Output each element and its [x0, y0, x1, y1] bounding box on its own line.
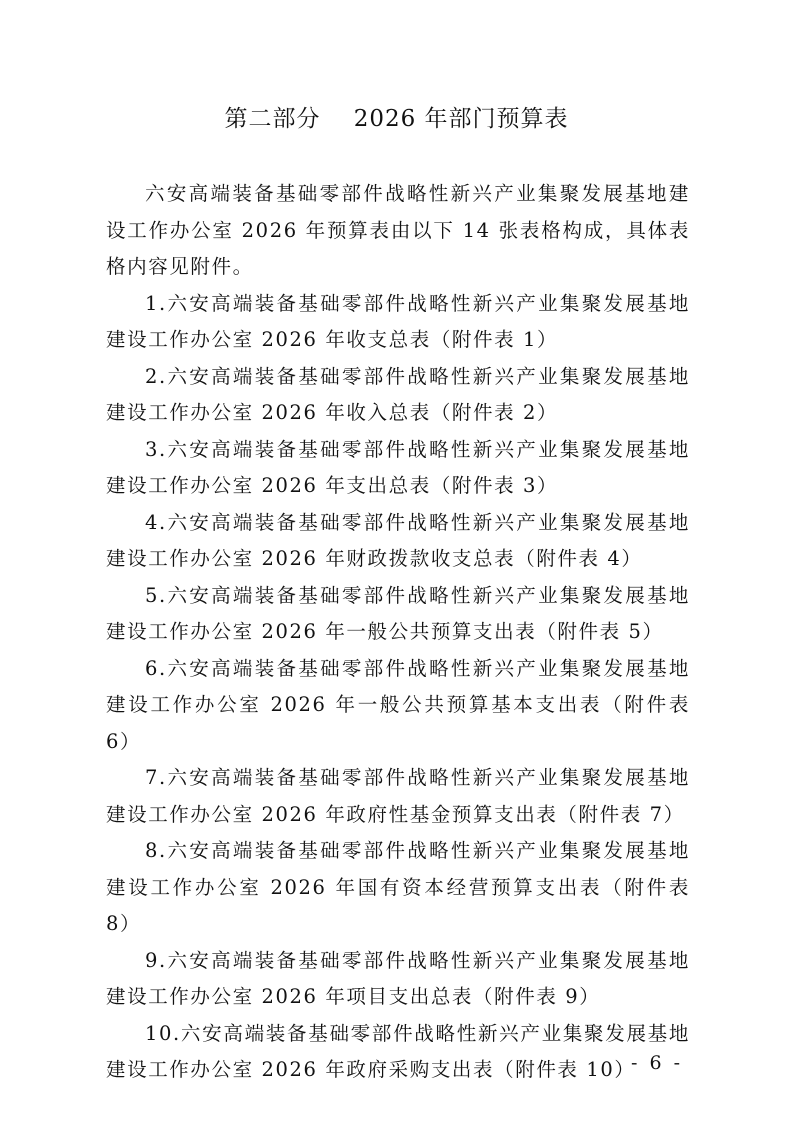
list-item: 8.六安高端装备基础零部件战略性新兴产业集聚发展基地建设工作办公室 2026 年…: [106, 833, 690, 943]
list-item: 5.六安高端装备基础零部件战略性新兴产业集聚发展基地建设工作办公室 2026 年…: [106, 578, 690, 651]
list-item: 1.六安高端装备基础零部件战略性新兴产业集聚发展基地建设工作办公室 2026 年…: [106, 286, 690, 359]
document-page: 第二部分 2026 年部门预算表 六安高端装备基础零部件战略性新兴产业集聚发展基…: [0, 0, 793, 1122]
list-item: 4.六安高端装备基础零部件战略性新兴产业集聚发展基地建设工作办公室 2026 年…: [106, 505, 690, 578]
document-body: 六安高端装备基础零部件战略性新兴产业集聚发展基地建设工作办公室 2026 年预算…: [106, 176, 690, 1089]
list-item: 2.六安高端装备基础零部件战略性新兴产业集聚发展基地建设工作办公室 2026 年…: [106, 359, 690, 432]
list-item: 9.六安高端装备基础零部件战略性新兴产业集聚发展基地建设工作办公室 2026 年…: [106, 943, 690, 1016]
list-item: 7.六安高端装备基础零部件战略性新兴产业集聚发展基地建设工作办公室 2026 年…: [106, 760, 690, 833]
page-number: - 6 -: [631, 1052, 683, 1074]
list-item: 6.六安高端装备基础零部件战略性新兴产业集聚发展基地建设工作办公室 2026 年…: [106, 651, 690, 761]
intro-paragraph: 六安高端装备基础零部件战略性新兴产业集聚发展基地建设工作办公室 2026 年预算…: [106, 176, 690, 286]
list-item: 3.六安高端装备基础零部件战略性新兴产业集聚发展基地建设工作办公室 2026 年…: [106, 432, 690, 505]
section-title: 第二部分 2026 年部门预算表: [0, 100, 793, 133]
list-item: 10.六安高端装备基础零部件战略性新兴产业集聚发展基地建设工作办公室 2026 …: [106, 1016, 690, 1089]
